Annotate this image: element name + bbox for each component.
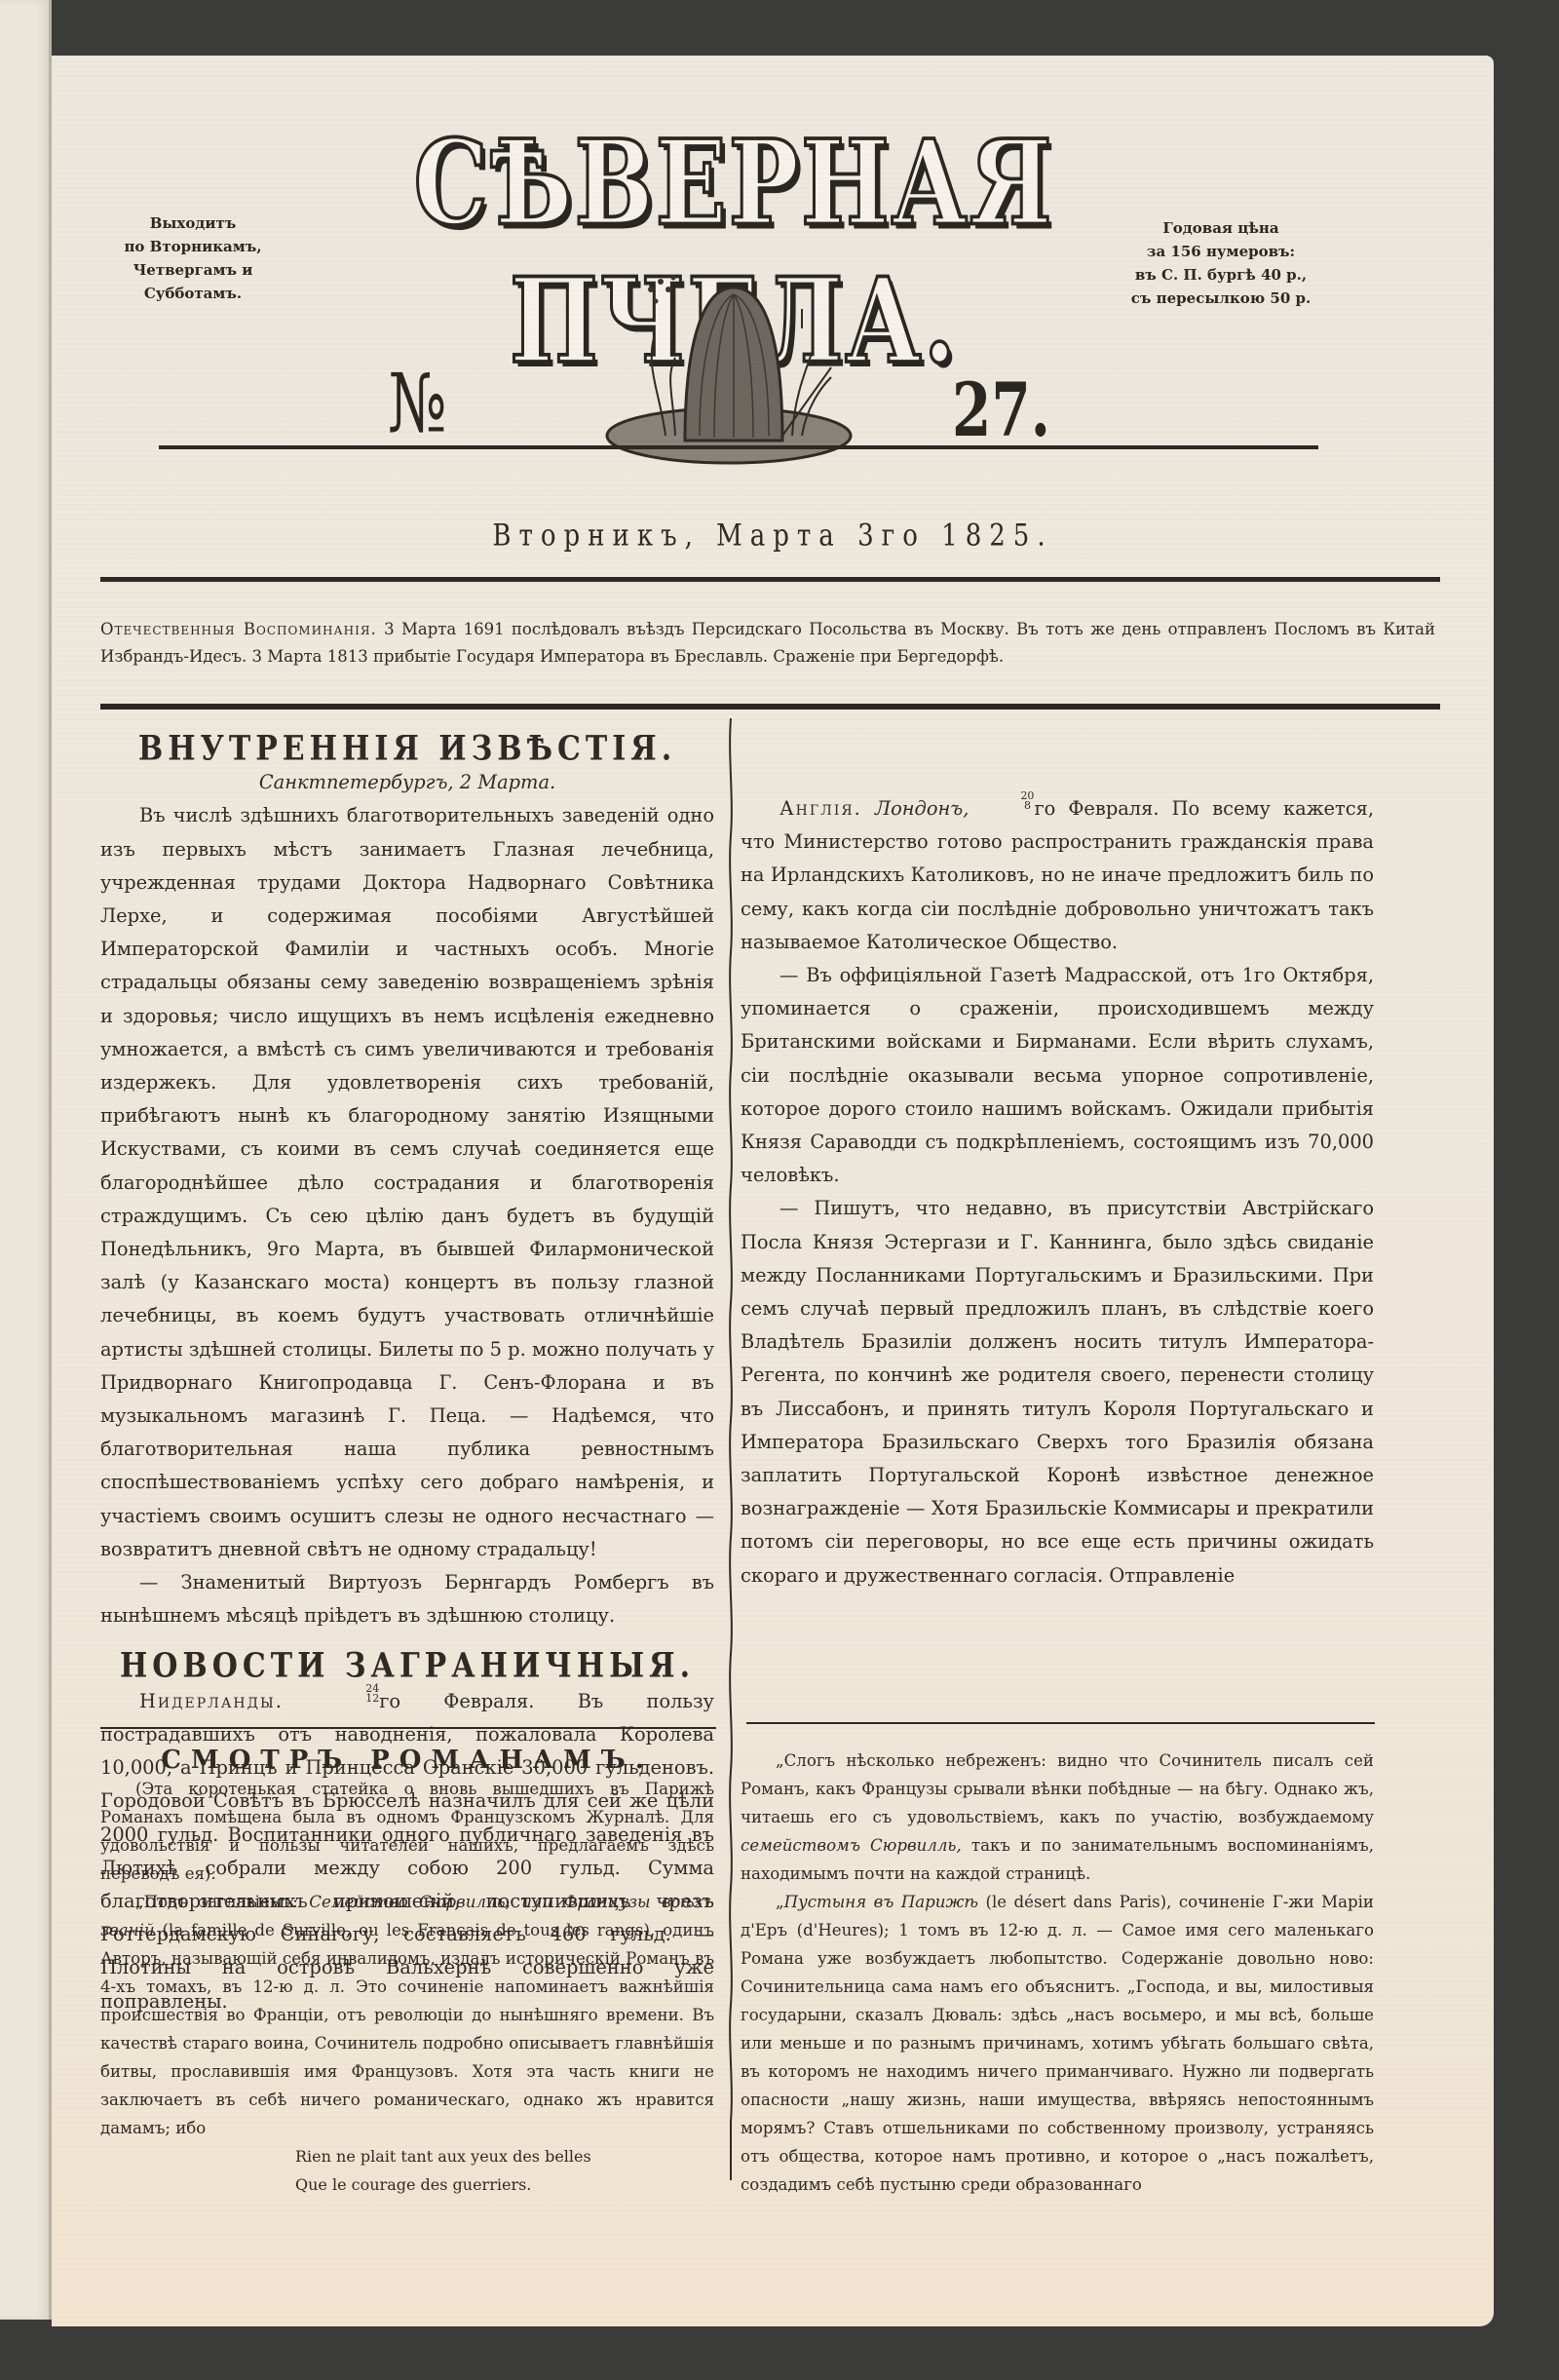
issue-number: 27.	[952, 367, 1050, 453]
review-paragraph: „Подъ заглавіемъ: Семейство Сюрвилль, ил…	[100, 1888, 714, 2142]
memorial-notice: Отечественныя Воспоминанія. 3 Марта 1691…	[100, 616, 1435, 671]
beehive-icon	[539, 250, 929, 475]
internal-news-heading: ВНУТРЕННІЯ ИЗВѢСТІЯ.	[100, 730, 714, 768]
section-rule-left	[100, 1727, 716, 1729]
internal-news-dateline: Санктпетербургъ, 2 Марта.	[100, 766, 714, 799]
review-paragraph: „Слогъ нѣсколько небреженъ: видно что Со…	[741, 1747, 1374, 1888]
header-rule	[159, 445, 1318, 449]
novels-review-heading: СМОТРЪ РОМАНАМЪ.	[100, 1747, 714, 1775]
publication-schedule: Выходитъ по Вторникамъ, Четвергамъ и Суб…	[110, 211, 276, 305]
price-line: въ С. П. бургѣ 40 р.,	[1114, 263, 1328, 287]
review-intro: (Эта коротенькая статейка о вновь вышедш…	[100, 1775, 714, 1888]
schedule-line: Субботамъ.	[110, 282, 276, 305]
madras-paragraph: — Въ оффиціяльной Газетѣ Мадрасской, отъ…	[741, 959, 1374, 1192]
price-line: съ пересылкою 50 р.	[1114, 287, 1328, 310]
england-city: Лондонъ,	[875, 797, 969, 820]
novels-review-column-left: СМОТРЪ РОМАНАМЪ. (Эта коротенькая статей…	[100, 1747, 714, 2199]
memorial-top-rule	[100, 577, 1440, 582]
newspaper-page: СѢВЕРНАЯ ПЧЕЛА. Выходитъ по Вторникамъ, …	[52, 56, 1494, 2326]
adjacent-page-edge	[0, 0, 52, 2320]
england-text: По всему кажется, что Министерство готов…	[741, 797, 1374, 953]
memorial-lead: Отечественныя Воспоминанія.	[100, 620, 377, 638]
brazil-paragraph: — Пишутъ, что недавно, въ присутствіи Ав…	[741, 1192, 1374, 1592]
price-line: за 156 нумеровъ:	[1114, 240, 1328, 263]
book-title: Пустыня въ Парижѣ	[784, 1893, 978, 1911]
date-fraction: 2412	[326, 1684, 379, 1704]
price-line: Годовая цѣна	[1114, 216, 1328, 240]
section-rule-right	[746, 1722, 1375, 1724]
verse-line: Que le courage des guerriers.	[100, 2170, 714, 2199]
verse-line: Rien ne plait tant aux yeux des belles	[100, 2142, 714, 2170]
date-suffix: го Февраля.	[1034, 797, 1159, 820]
article-paragraph: — Знаменитый Виртуозъ Бернгардъ Ромбергъ…	[100, 1566, 714, 1632]
column-divider	[728, 718, 734, 2180]
subscription-price: Годовая цѣна за 156 нумеровъ: въ С. П. б…	[1114, 216, 1328, 310]
article-paragraph: Въ числѣ здѣшнихъ благотворительныхъ зав…	[100, 799, 714, 1566]
french-title: (la famille de Surville, ou les Français…	[162, 1921, 655, 1939]
england-paragraph: Англія. Лондонъ, 208го Февраля. По всему…	[741, 791, 1374, 959]
date-suffix: го Февраля.	[379, 1690, 534, 1712]
schedule-line: Четвергамъ и	[110, 258, 276, 282]
netherlands-lead: Нидерланды.	[139, 1690, 284, 1712]
schedule-line: по Вторникамъ,	[110, 235, 276, 258]
issue-date: Вторникъ, Марта 3го 1825.	[188, 518, 1357, 554]
schedule-line: Выходитъ	[110, 211, 276, 235]
england-lead: Англія.	[779, 797, 862, 820]
issue-symbol: №	[388, 358, 447, 451]
memorial-bottom-rule	[100, 704, 1440, 710]
foreign-news-column: Англія. Лондонъ, 208го Февраля. По всему…	[741, 791, 1374, 1717]
review-paragraph: „Пустыня въ Парижѣ (le désert dans Paris…	[741, 1888, 1374, 2199]
foreign-news-heading: НОВОСТИ ЗАГРАНИЧНЫЯ.	[100, 1648, 714, 1686]
novels-review-column-right: „Слогъ нѣсколько небреженъ: видно что Со…	[741, 1747, 1374, 2199]
date-fraction: 208	[981, 791, 1034, 811]
french-title: (le désert dans Paris),	[985, 1893, 1171, 1911]
